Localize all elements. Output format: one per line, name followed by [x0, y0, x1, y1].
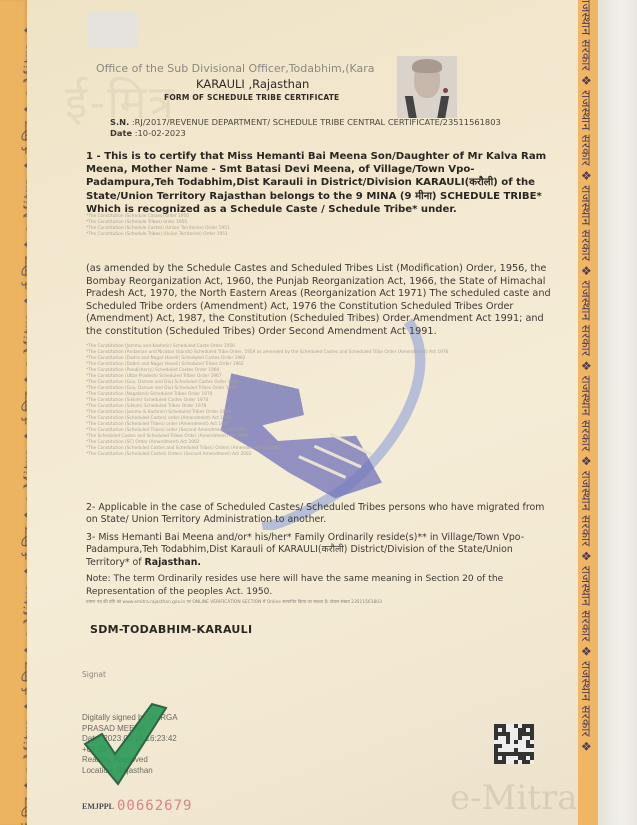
list-line: *The Constitution (Schedule Tribes) (Uni…: [86, 232, 386, 238]
office-name: Office of the Sub Divisional Officer,Tod…: [96, 62, 396, 75]
issuer-name: SDM-TODABHIM-KARAULI: [90, 623, 252, 636]
left-border-text: ई-मित्र ❖ e-Mitra ❖ ई-मित्र ❖ e-Mitra ❖ …: [20, 24, 27, 825]
right-border-text: राजस्थान सरकार ❖ राजस्थान सरकार ❖ राजस्थ…: [578, 0, 595, 752]
verified-check-icon: [80, 696, 170, 786]
verification-qr-code[interactable]: [494, 724, 534, 764]
certificate-page: ई-मित्र ❖ e-Mitra ❖ ई-मित्र ❖ e-Mitra ❖ …: [0, 0, 637, 825]
watermark-emitra: e-Mitra: [450, 778, 577, 818]
orders-list-2: *The Constitution (Jammu and Kashmir) Sc…: [86, 344, 476, 458]
verification-text: प्रमाण पत्र की प्रति को www.emitra.rajas…: [86, 600, 556, 606]
date-value: :10-02-2023: [135, 128, 186, 138]
scan-background-edge: [598, 0, 637, 825]
date-line: Date :10-02-2023: [110, 128, 186, 138]
serial-number-line: S.N. :RJ/2017/REVENUE DEPARTMENT/ SCHEDU…: [110, 117, 501, 127]
paragraph-3-state: Rajasthan.: [145, 557, 201, 568]
signature-label: Signat: [82, 670, 106, 679]
applicant-photo: [397, 56, 457, 118]
date-label: Date: [110, 128, 132, 138]
hologram-chip: [88, 12, 138, 48]
sn-label: S.N.: [110, 117, 129, 127]
paragraph-2: 2- Applicable in the case of Scheduled C…: [86, 502, 546, 527]
certification-paragraph: 1 - This is to certify that Miss Hemanti…: [86, 150, 556, 216]
emjppl-label: EMJPPL: [82, 802, 114, 811]
paragraph-3: 3- Miss Hemanti Bai Meena and/or* his/he…: [86, 532, 546, 569]
right-decorative-border: राजस्थान सरकार ❖ राजस्थान सरकार ❖ राजस्थ…: [578, 0, 598, 825]
district-line: KARAULI ,Rajasthan: [196, 77, 309, 91]
list-line: *The Constitution (Scheduled Castes) Ord…: [86, 452, 476, 458]
amendment-paragraph: (as amended by the Schedule Castes and S…: [86, 263, 556, 338]
paper-serial-number: 00662679: [117, 798, 192, 814]
orders-list-1: *The Constitution (Schedule Castes) orde…: [86, 214, 386, 238]
left-decorative-border: ई-मित्र ❖ e-Mitra ❖ ई-मित्र ❖ e-Mitra ❖ …: [0, 0, 27, 825]
note: Note: The term Ordinarily resides use he…: [86, 573, 556, 598]
sn-value: :RJ/2017/REVENUE DEPARTMENT/ SCHEDULE TR…: [132, 117, 501, 127]
form-title: FORM OF SCHEDULE TRIBE CERTIFICATE: [164, 93, 339, 102]
